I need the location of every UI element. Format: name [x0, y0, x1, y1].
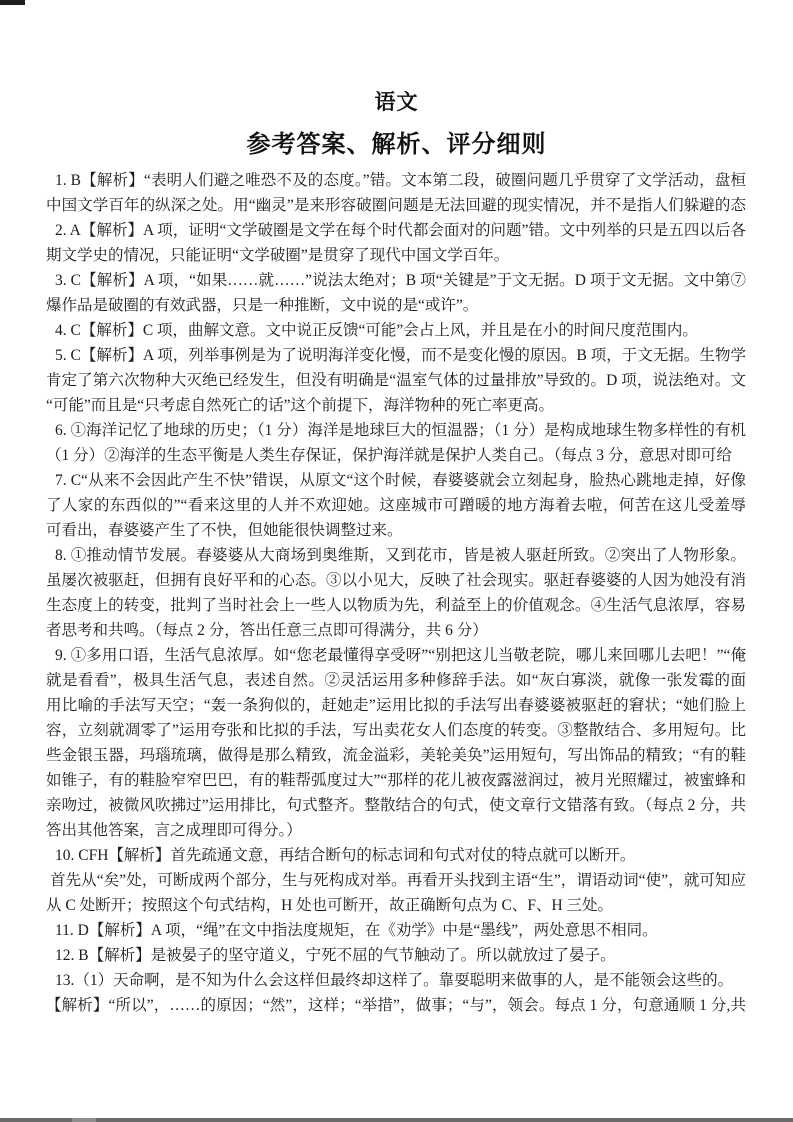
text-line: 7. C“从来不会因此产生不快”错误，从原文“这个时候，春婆婆就会立刻起身，脸热…: [46, 468, 746, 493]
text-line: 如锥子，有的鞋脸窄窄巴巴，有的鞋帮弧度过大”“那样的花儿被夜露滋润过，被月光照耀…: [46, 768, 746, 793]
text-line: 生态度上的转变，批判了当时社会上一些人以物质为先，利益至上的价值观念。④生活气息…: [46, 593, 746, 618]
text-line: 虽屡次被驱赶，但拥有良好平和的心态。③以小见大，反映了社会现实。驱赶春婆婆的人因…: [46, 568, 746, 593]
text-line: 11. D【解析】A 项，“绳”在文中指法度规矩，在《劝学》中是“墨线”，两处意…: [46, 918, 746, 943]
text-line: 6. ①海洋记忆了地球的历史；（1 分）海洋是地球巨大的恒温器；（1 分）是构成…: [46, 418, 746, 443]
text-line: 9. ①多用口语，生活气息浓厚。如“您老最懂得享受呀”“别把这儿当敬老院，哪儿来…: [46, 643, 746, 668]
text-line: 容，立刻就凋零了”运用夸张和比拟的手法，写出卖花女人们态度的转变。③整散结合、多…: [46, 718, 746, 743]
text-line: 4. C【解析】C 项，曲解文意。文中说正反馈“可能”会占上风，并且是在小的时间…: [46, 318, 746, 343]
text-line: 肯定了第六次物种大灭绝已经发生，但没有明确是“温室气体的过量排放”导致的。D 项…: [46, 368, 746, 393]
text-line: “可能”而且是“只考虑自然死亡的话”这个前提下，海洋物种的死亡率更高。: [46, 393, 746, 418]
text-line: 就是看看”，极具生活气息，表述自然。②灵活运用多种修辞手法。如“灰白寡淡，就像一…: [46, 668, 746, 693]
text-line: 1. B【解析】“表明人们避之唯恐不及的态度。”错。文本第二段，破圈问题几乎贯穿…: [46, 168, 746, 193]
text-line: 首先从“矣”处，可断成两个部分，生与死构成对举。再看开头找到主语“生”，谓语动词…: [46, 868, 746, 893]
text-line: 期文学史的情况，只能证明“文学破圈”是贯穿了现代中国文学百年。: [46, 243, 746, 268]
text-line: 5. C【解析】A 项，列举事例是为了说明海洋变化慢，而不是变化慢的原因。B 项…: [46, 343, 746, 368]
text-line: 2. A【解析】A 项，证明“文学破圈是文学在每个时代都会面对的问题”错。文中列…: [46, 218, 746, 243]
page-corner-mark: [0, 0, 25, 5]
text-line: 从 C 处断开；按照这个句式结构，H 处也可断开，故正确断句点为 C、F、H 三…: [46, 893, 746, 918]
text-line: 者思考和共鸣。（每点 2 分，答出任意三点即可得满分，共 6 分）: [46, 618, 746, 643]
text-line: 13.（1）天命啊，是不知为什么会这样但最终却这样了。靠耍聪明来做事的人，是不能…: [46, 968, 746, 993]
document-title: 语文: [0, 86, 793, 116]
text-line: 可看出，春婆婆产生了不快，但她能很快调整过来。: [46, 518, 746, 543]
bottom-edge-smudge: [72, 1118, 96, 1122]
document-subtitle: 参考答案、解析、评分细则: [0, 124, 793, 159]
text-line: 了人家的东西似的”“看来这里的人并不欢迎她。这座城市可蹭暖的地方海着去啦，何苦在…: [46, 493, 746, 518]
text-line: 亲吻过，被微风吹拂过”运用排比，句式整齐。整散结合的句式，使文章行文错落有致。（…: [46, 793, 746, 818]
answer-lines: 1. B【解析】“表明人们避之唯恐不及的态度。”错。文本第二段，破圈问题几乎贯穿…: [46, 168, 746, 1018]
text-line: 12. B【解析】是被晏子的坚守道义，宁死不屈的气节触动了。所以就放过了晏子。: [46, 943, 746, 968]
text-line: 用比喻的手法写天空；“轰一条狗似的，赶她走”运用比拟的手法写出春婆婆被驱赶的窘状…: [46, 693, 746, 718]
text-line: 中国文学百年的纵深之处。用“幽灵”是来形容破圈问题是无法回避的现实情况，并不是指…: [46, 193, 746, 218]
text-line: （1 分）②海洋的生态平衡是人类生存保证，保护海洋就是保护人类自己。（每点 3 …: [46, 443, 746, 468]
text-line: 【解析】“所以”，……的原因；“然”，这样；“举措”，做事；“与”，领会。每点 …: [46, 993, 746, 1018]
text-line: 3. C【解析】A 项，“如果……就……”说法太绝对；B 项“关键是”于文无据。…: [46, 268, 746, 293]
bottom-edge-bar: [0, 1118, 793, 1122]
text-line: 爆作品是破圈的有效武器，只是一种推断，文中说的是“或许”。: [46, 293, 746, 318]
text-line: 答出其他答案，言之成理即可得分。）: [46, 818, 746, 843]
text-line: 8. ①推动情节发展。春婆婆从大商场到奥维斯，又到花市，皆是被人驱赶所致。②突出…: [46, 543, 746, 568]
text-line: 些金银玉器，玛瑙琉璃，做得是那么精致，流金溢彩，美轮美奂”运用短句，写出饰品的精…: [46, 743, 746, 768]
text-line: 10. CFH【解析】首先疏通文意，再结合断句的标志词和句式对仗的特点就可以断开…: [46, 843, 746, 868]
